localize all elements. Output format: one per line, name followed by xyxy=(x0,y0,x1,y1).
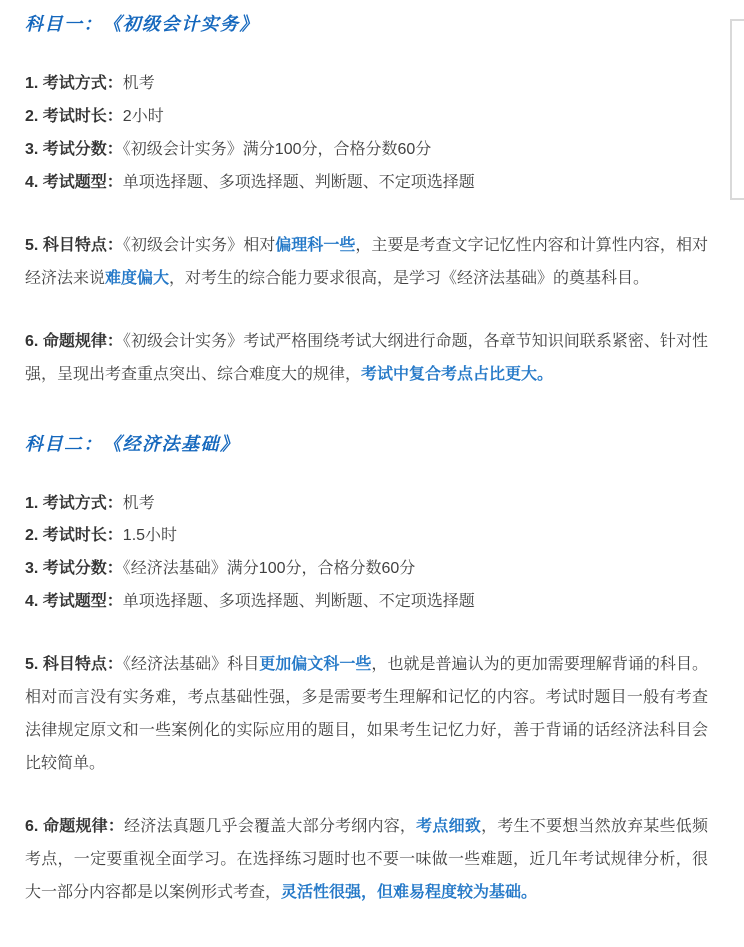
exam-info-item: 3. 考试分数：《经济法基础》满分100分，合格分数60分 xyxy=(25,553,708,586)
item-label: 4. 考试题型： xyxy=(25,174,123,191)
exam-info-list: 1. 考试方式：机考2. 考试时长：2小时3. 考试分数：《初级会计实务》满分1… xyxy=(25,68,708,200)
exam-info-list: 1. 考试方式：机考2. 考试时长：1.5小时3. 考试分数：《经济法基础》满分… xyxy=(25,488,708,620)
paragraph-list: 5. 科目特点：《初级会计实务》相对偏理科一些，主要是考查文字记忆性内容和计算性… xyxy=(25,230,708,392)
body-text: 《初级会计实务》相对 xyxy=(123,237,275,254)
feature-paragraph: 6. 命题规律：经济法真题几乎会覆盖大部分考纲内容，考点细致，考生不要想当然放弃… xyxy=(25,811,708,910)
highlighted-text: 考点细致 xyxy=(416,818,481,835)
highlighted-text: 偏理科一些 xyxy=(275,237,355,254)
paragraph-label: 5. 科目特点： xyxy=(25,656,123,673)
body-text: ，也就是普遍认为的更加需要理解背诵的科目。相对而言没有实务难，考点基础性强，多是… xyxy=(25,656,708,772)
item-value: 1.5小时 xyxy=(123,527,177,544)
feature-paragraph: 5. 科目特点：《经济法基础》科目更加偏文科一些，也就是普遍认为的更加需要理解背… xyxy=(25,649,708,781)
paragraph-list: 5. 科目特点：《经济法基础》科目更加偏文科一些，也就是普遍认为的更加需要理解背… xyxy=(25,649,708,910)
exam-info-item: 3. 考试分数：《初级会计实务》满分100分，合格分数60分 xyxy=(25,134,708,167)
highlighted-text: 考试中复合考点占比更大。 xyxy=(361,366,553,383)
exam-info-item: 2. 考试时长：2小时 xyxy=(25,101,708,134)
highlighted-text: 难度偏大 xyxy=(105,270,169,287)
section-heading: 科目二：《经济法基础》 xyxy=(25,434,708,456)
item-label: 4. 考试题型： xyxy=(25,593,123,610)
exam-info-item: 4. 考试题型：单项选择题、多项选择题、判断题、不定项选择题 xyxy=(25,167,708,200)
item-value: 机考 xyxy=(123,495,155,512)
article-page: 科目一：《初级会计实务》 1. 考试方式：机考2. 考试时长：2小时3. 考试分… xyxy=(0,0,744,947)
item-label: 2. 考试时长： xyxy=(25,108,123,125)
article-content: 科目一：《初级会计实务》 1. 考试方式：机考2. 考试时长：2小时3. 考试分… xyxy=(0,0,744,930)
item-value: 《初级会计实务》满分100分，合格分数60分 xyxy=(123,141,432,158)
highlighted-text: 灵活性很强，但难易程度较为基础。 xyxy=(281,884,537,901)
highlighted-text: 更加偏文科一些 xyxy=(259,656,371,673)
item-value: 2小时 xyxy=(123,108,164,125)
body-text: 《经济法基础》科目 xyxy=(123,656,259,673)
feature-paragraph: 6. 命题规律：《初级会计实务》考试严格围绕考试大纲进行命题，各章节知识间联系紧… xyxy=(25,326,708,392)
body-text: ，对考生的综合能力要求很高，是学习《经济法基础》的奠基科目。 xyxy=(169,270,649,287)
item-value: 机考 xyxy=(123,75,155,92)
subject-section: 科目一：《初级会计实务》 1. 考试方式：机考2. 考试时长：2小时3. 考试分… xyxy=(25,14,708,392)
paragraph-label: 6. 命题规律： xyxy=(25,818,124,835)
exam-info-item: 2. 考试时长：1.5小时 xyxy=(25,520,708,553)
item-label: 2. 考试时长： xyxy=(25,527,123,544)
exam-info-item: 1. 考试方式：机考 xyxy=(25,68,708,101)
item-label: 3. 考试分数： xyxy=(25,141,123,158)
paragraph-label: 5. 科目特点： xyxy=(25,237,123,254)
item-label: 1. 考试方式： xyxy=(25,495,123,512)
feature-paragraph: 5. 科目特点：《初级会计实务》相对偏理科一些，主要是考查文字记忆性内容和计算性… xyxy=(25,230,708,296)
item-value: 单项选择题、多项选择题、判断题、不定项选择题 xyxy=(123,174,475,191)
paragraph-label: 6. 命题规律： xyxy=(25,333,123,350)
item-label: 1. 考试方式： xyxy=(25,75,123,92)
exam-info-item: 1. 考试方式：机考 xyxy=(25,488,708,521)
cutoff-side-panel xyxy=(730,19,744,200)
exam-info-item: 4. 考试题型：单项选择题、多项选择题、判断题、不定项选择题 xyxy=(25,586,708,619)
item-value: 单项选择题、多项选择题、判断题、不定项选择题 xyxy=(123,593,475,610)
body-text: 经济法真题几乎会覆盖大部分考纲内容， xyxy=(124,818,416,835)
section-heading: 科目一：《初级会计实务》 xyxy=(25,14,708,36)
item-value: 《经济法基础》满分100分，合格分数60分 xyxy=(123,560,416,577)
subject-section: 科目二：《经济法基础》 1. 考试方式：机考2. 考试时长：1.5小时3. 考试… xyxy=(25,434,708,910)
item-label: 3. 考试分数： xyxy=(25,560,123,577)
